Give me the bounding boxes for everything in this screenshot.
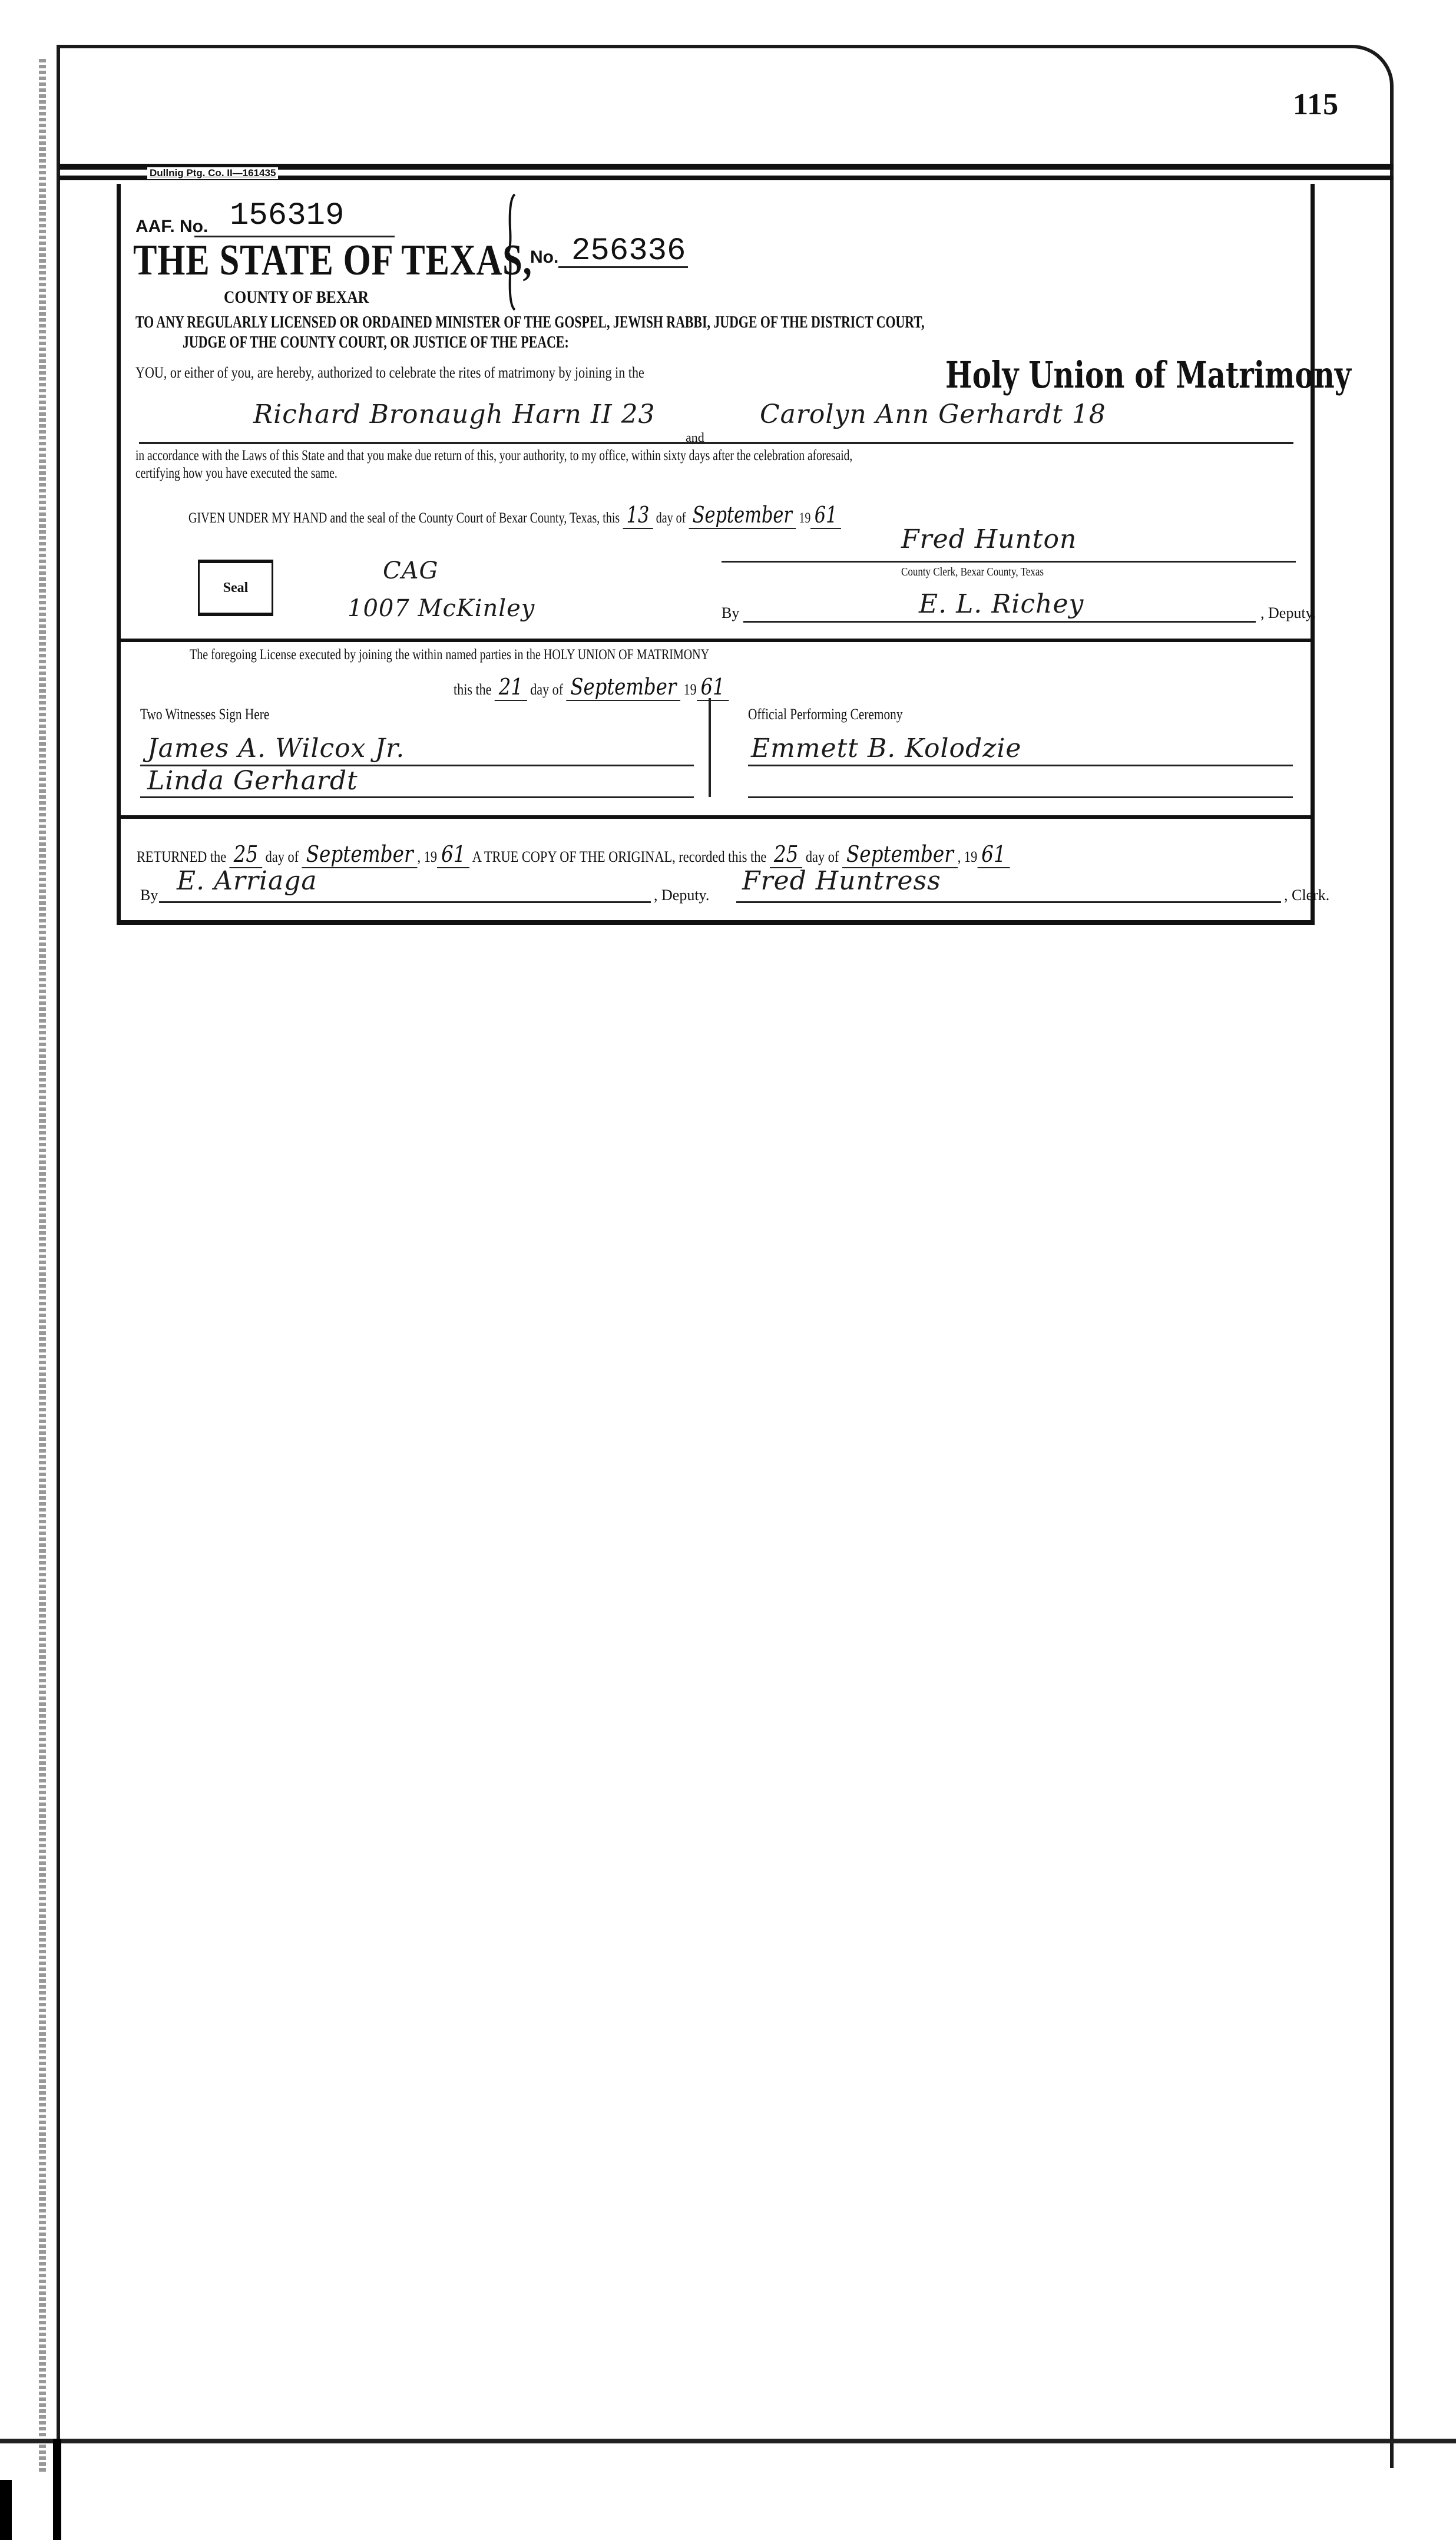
given-under-hand: GIVEN UNDER MY HAND and the seal of the …	[188, 502, 841, 528]
witness-2-line	[140, 796, 694, 798]
groom-name: Richard Bronaugh Harn II 23	[253, 399, 656, 429]
day-of-label: day of	[656, 510, 686, 526]
bride-name: Carolyn Ann Gerhardt 18	[760, 399, 1106, 429]
authorization-text: YOU, or either of you, are hereby, autho…	[135, 364, 644, 382]
return-clerk-signature: Fred Huntress	[742, 866, 941, 896]
state-title: THE STATE OF TEXAS,	[133, 236, 532, 286]
return-clerk-line	[736, 901, 1281, 903]
year-prefix: 19	[799, 510, 810, 526]
page-left-border	[57, 45, 60, 2507]
this-the-label: this the	[454, 681, 491, 698]
section-divider	[117, 815, 1315, 819]
year-prefix: 19	[424, 848, 437, 865]
names-underline	[139, 442, 1293, 444]
true-copy-text: A TRUE COPY OF THE ORIGINAL, recorded th…	[472, 848, 767, 865]
address-note: 1007 McKinley	[348, 595, 535, 622]
recorded-year: 61	[977, 841, 1010, 868]
clerk-signature: Fred Hunton	[901, 524, 1077, 554]
county-name: COUNTY OF BEXAR	[224, 287, 369, 307]
day-of-label: day of	[806, 848, 839, 865]
return-deputy-label: , Deputy.	[654, 887, 709, 904]
address-line-1: TO ANY REGULARLY LICENSED OR ORDAINED MI…	[135, 313, 925, 332]
official-line-1	[748, 765, 1293, 766]
returned-label: RETURNED the	[137, 848, 226, 865]
deputy-signature-line	[743, 621, 1256, 623]
year-prefix: 19	[684, 681, 697, 698]
official-line-2	[748, 796, 1293, 798]
witness-official-divider	[709, 698, 711, 797]
execution-date: this the 21 day of September 1961	[454, 674, 729, 700]
page-number: 115	[1293, 87, 1339, 122]
deputy-signature: E. L. Richey	[919, 589, 1084, 619]
binding-edge	[53, 2439, 61, 2540]
accordance-text-2: certifying how you have executed the sam…	[135, 465, 337, 482]
recorded-month: September	[842, 841, 958, 868]
page-right-border	[1390, 94, 1394, 2468]
returned-month: September	[302, 841, 418, 868]
address-line-2: JUDGE OF THE COUNTY COURT, OR JUSTICE OF…	[183, 333, 569, 352]
section-divider	[117, 639, 1315, 642]
brace-icon	[507, 193, 518, 311]
official-signature: Emmett B. Kolodzie	[751, 733, 1021, 763]
returned-year: 61	[437, 841, 469, 868]
execution-day: 21	[495, 674, 527, 701]
return-deputy-signature: E. Arriaga	[177, 866, 317, 896]
execution-year: 61	[697, 674, 729, 701]
aaf-number: 156319	[230, 198, 344, 234]
return-clerk-label: , Clerk.	[1284, 887, 1329, 904]
given-month: September	[689, 502, 796, 529]
year-prefix: 19	[964, 848, 977, 865]
execution-text: The foregoing License executed by joinin…	[190, 647, 709, 663]
clerk-signature-line	[722, 561, 1296, 563]
official-label: Official Performing Ceremony	[748, 706, 902, 723]
license-no-label: No.	[530, 247, 558, 267]
binding-shadow	[39, 59, 46, 2474]
returned-day: 25	[230, 841, 262, 868]
witness-label: Two Witnesses Sign Here	[140, 706, 269, 723]
accordance-text-1: in accordance with the Laws of this Stat…	[135, 448, 852, 464]
printer-imprint: Dullnig Ptg. Co. II—161435	[147, 167, 278, 179]
binding-edge	[0, 2480, 12, 2540]
clerk-title: County Clerk, Bexar County, Texas	[901, 565, 1044, 579]
return-by-label: By	[140, 887, 158, 904]
deputy-label: , Deputy.	[1260, 604, 1316, 622]
page-bottom-rule	[0, 2439, 1456, 2443]
initials-note: CAG	[383, 557, 438, 584]
page-top-border	[57, 45, 1352, 48]
by-label: By	[722, 604, 739, 622]
seal-box: Seal	[198, 560, 273, 616]
holy-union-heading: Holy Union of Matrimony	[945, 353, 1351, 396]
day-of-label: day of	[530, 681, 563, 698]
given-day: 13	[623, 502, 653, 529]
aaf-label: AAF. No.	[135, 217, 208, 237]
given-text: GIVEN UNDER MY HAND and the seal of the …	[188, 510, 620, 526]
recorded-day: 25	[770, 841, 802, 868]
witness-2-signature: Linda Gerhardt	[147, 766, 358, 796]
returned-line: RETURNED the 25 day of September, 1961 A…	[137, 841, 1010, 867]
witness-1-signature: James A. Wilcox Jr.	[147, 733, 405, 763]
execution-month: September	[567, 674, 680, 701]
day-of-label: day of	[266, 848, 299, 865]
given-year: 61	[810, 502, 840, 529]
return-deputy-line	[159, 901, 651, 903]
license-number: 256336	[571, 233, 686, 269]
